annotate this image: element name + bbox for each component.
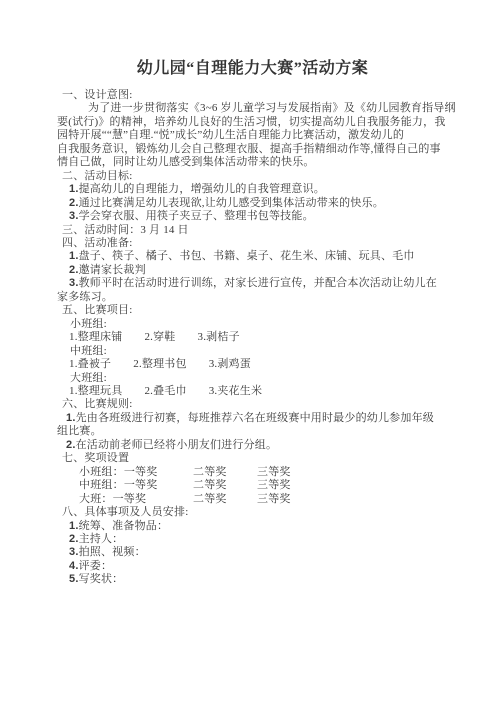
section3-heading: 三、活动时间：3 月 14 日 xyxy=(62,224,448,237)
award-row: 大班：一等奖 二等奖 三等奖 xyxy=(79,493,448,506)
list-item: 3.拍照、视频： xyxy=(69,546,448,559)
award-group-label: 小班组： xyxy=(79,466,124,478)
award-row: 中班组：一等奖 二等奖 三等奖 xyxy=(79,479,448,492)
section8-heading: 八、具体事项及人员安排: xyxy=(62,506,448,519)
paragraph-line: 为了进一步贯彻落实《3~6 岁儿童学习与发展指南》及《幼儿园教育指导纲 xyxy=(88,102,448,115)
contest-item: 2.整理书包 xyxy=(133,358,186,370)
list-item: 1.盘子、筷子、橘子、书包、书籍、桌子、花生米、床铺、玩具、毛巾 xyxy=(69,250,448,263)
contest-item: 1.叠被子 xyxy=(69,358,111,370)
list-item: 3.教师平时在活动时进行训练，对家长进行宣传，并配合本次活动让幼儿在 xyxy=(69,277,448,290)
section5-heading: 五、比赛项目: xyxy=(62,304,448,317)
section7-heading: 七、奖项设置 xyxy=(62,452,448,465)
group-name: 小班组: xyxy=(70,318,448,331)
award-group-label: 中班组： xyxy=(79,479,124,491)
prize-third: 三等奖 xyxy=(257,466,291,479)
list-item: 5.写奖状： xyxy=(69,573,448,586)
rule-item-continuation: 组比赛。 xyxy=(57,425,448,438)
list-item: 1.提高幼儿的自理能力，增强幼儿的自我管理意识。 xyxy=(69,183,448,196)
paragraph-line: 要(试行)》的精神，培养幼儿良好的生活习惯，切实提高幼儿自我服务能力，我 xyxy=(57,116,448,129)
group-items-row: 1.叠被子2.整理书包3.剥鸡蛋 xyxy=(69,358,448,371)
list-item: 2.主持人： xyxy=(69,533,448,546)
document-page: 幼儿园“自理能力大赛”活动方案 一、设计意图: 为了进一步贯彻落实《3~6 岁儿… xyxy=(0,0,500,707)
award-group-and-first-prize: 小班组：一等奖 xyxy=(79,466,193,479)
doc-title: 幼儿园“自理能力大赛”活动方案 xyxy=(57,59,448,78)
contest-item: 1.整理床铺 xyxy=(69,331,122,343)
prize-first: 一等奖 xyxy=(124,479,158,491)
section1-heading: 一、设计意图: xyxy=(62,89,448,102)
prize-third: 三等奖 xyxy=(257,493,291,506)
section6-heading: 六、比赛规则: xyxy=(62,398,448,411)
list-item: 4.评委： xyxy=(69,560,448,573)
group-name: 大班组: xyxy=(70,372,448,385)
list-item: 1.统筹、准备物品： xyxy=(69,520,448,533)
contest-item: 2.叠毛巾 xyxy=(144,385,186,397)
list-item-continuation: 家多练习。 xyxy=(57,291,448,304)
contest-item: 3.剥桔子 xyxy=(198,331,240,343)
award-group-and-first-prize: 大班：一等奖 xyxy=(79,493,193,506)
group-name: 中班组: xyxy=(70,345,448,358)
contest-item: 3.夹花生米 xyxy=(209,385,262,397)
award-group-label: 大班： xyxy=(79,493,113,505)
contest-item: 2.穿鞋 xyxy=(144,331,175,343)
paragraph-line: 自我服务意识，锻炼幼儿会自己整理衣服、提高手指精细动作等,懂得自己的事 xyxy=(57,143,448,156)
rule-item: 2.在活动前老师已经将小朋友们进行分组。 xyxy=(66,439,448,452)
award-group-and-first-prize: 中班组：一等奖 xyxy=(79,479,193,492)
list-item: 2.邀请家长裁判 xyxy=(69,264,448,277)
paragraph-line: 情自己做，同时让幼儿感受到集体活动带来的快乐。 xyxy=(57,156,448,169)
list-item: 2.通过比赛满足幼儿表现欲,让幼儿感受到集体活动带来的快乐。 xyxy=(69,197,448,210)
rule-item: 1.先由各班级进行初赛，每班推荐六名在班级赛中用时最少的幼儿参加年级 xyxy=(66,412,448,425)
list-item: 3.学会穿衣服、用筷子夹豆子、整理书包等技能。 xyxy=(69,210,448,223)
prize-third: 三等奖 xyxy=(257,479,291,492)
contest-item: 3.剥鸡蛋 xyxy=(209,358,251,370)
prize-second: 二等奖 xyxy=(193,479,257,492)
section2-heading: 二、活动目标: xyxy=(62,170,448,183)
contest-item: 1.整理玩具 xyxy=(69,385,122,397)
award-row: 小班组：一等奖 二等奖 三等奖 xyxy=(79,466,448,479)
group-items-row: 1.整理玩具2.叠毛巾3.夹花生米 xyxy=(69,385,448,398)
paragraph-line: 园特开展““慧”自理.“悦”成长”幼儿生活自理能力比赛活动，激发幼儿的 xyxy=(57,129,448,142)
prize-second: 二等奖 xyxy=(193,466,257,479)
prize-first: 一等奖 xyxy=(124,466,158,478)
section4-heading: 四、活动准备: xyxy=(62,237,448,250)
prize-first: 一等奖 xyxy=(113,493,147,505)
prize-second: 二等奖 xyxy=(193,493,257,506)
group-items-row: 1.整理床铺2.穿鞋3.剥桔子 xyxy=(69,331,448,344)
